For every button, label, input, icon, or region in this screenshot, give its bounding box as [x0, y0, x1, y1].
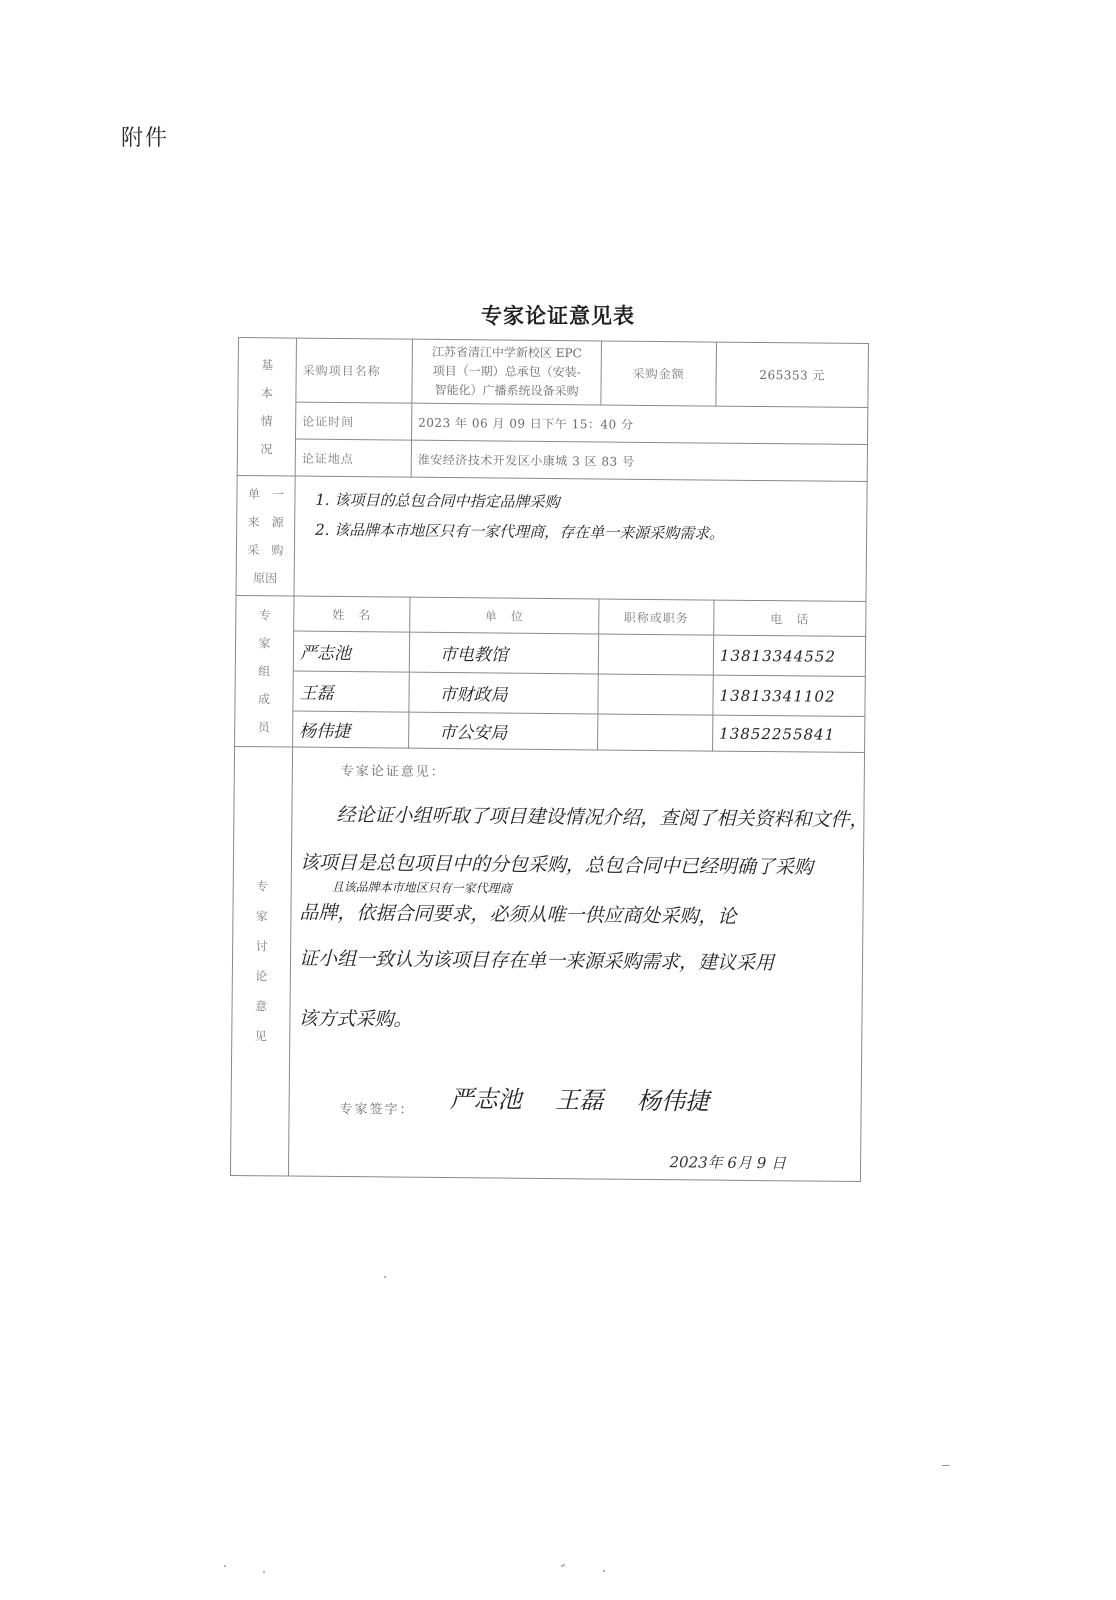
signature: 杨伟捷 [637, 1087, 709, 1116]
header-phone: 电 话 [714, 600, 866, 636]
signature-label: 专家签字： [340, 1098, 415, 1118]
member-unit: 市电教馆 [409, 632, 598, 674]
member-title [598, 714, 713, 751]
expert-group-section-label: 专 家 组 成 员 [235, 595, 294, 747]
expert-opinion-form: 基 本 情 况 采购项目名称 江苏省清江中学新校区 EPC 项目（一期）总承包（… [230, 337, 868, 1182]
opinion-heading: 专家论证意见： [341, 760, 446, 780]
opinion-line: 该方式采购。 [298, 1004, 853, 1036]
time-value: 2023 年 06 月 09 日下午 15：40 分 [412, 403, 868, 444]
opinion-line: 证小组一致认为该项目存在单一来源采购需求，建议采用 [299, 944, 854, 976]
project-name-label: 采购项目名称 [296, 338, 413, 403]
form-title: 专家论证意见表 [0, 300, 1116, 330]
member-name: 严志池 [293, 631, 409, 672]
expert-opinion-body: 专家论证意见： 经论证小组听取了项目建设情况介绍，查阅了相关资料和文件， 该项目… [288, 747, 864, 1181]
member-phone: 13852255841 [713, 715, 865, 752]
member-title [598, 634, 713, 675]
attachment-label: 附件 [121, 121, 169, 152]
header-title: 职称或职务 [599, 599, 714, 635]
scan-speck [384, 1276, 386, 1278]
scan-speck [263, 1571, 265, 1573]
table-row: 王磊 市财政局 13813341102 [235, 670, 865, 716]
member-phone: 13813344552 [713, 635, 865, 676]
single-source-section-label: 单 一 来 源 采 购 原因 [236, 475, 295, 596]
amount-label: 采购金额 [601, 341, 717, 406]
table-row: 严志池 市电教馆 13813344552 [235, 630, 865, 676]
place-value: 淮安经济技术开发区小康城 3 区 83 号 [411, 440, 867, 481]
opinion-line: 品牌，依据合同要求，必须从唯一供应商处采购，论 [299, 898, 854, 930]
amount-value: 265353 元 [716, 342, 869, 407]
time-label: 论证时间 [296, 402, 412, 440]
expert-signatures: 严志池 王磊 杨伟捷 [450, 1079, 710, 1116]
single-source-reason: 1. 该项目的总包合同中指定品牌采购 2. 该品牌本市地区只有一家代理商，存在单… [294, 476, 867, 601]
member-title [598, 674, 713, 715]
opinion-line: 该项目是总包项目中的分包采购，总包合同中已经明确了采购 [300, 848, 855, 880]
scan-speck [942, 1465, 950, 1466]
basic-info-section-label: 基 本 情 况 [237, 338, 296, 477]
signature: 严志池 [450, 1085, 522, 1114]
place-label: 论证地点 [295, 439, 411, 477]
project-name-value: 江苏省清江中学新校区 EPC 项目（一期）总承包（安装- 智能化）广播系统设备采… [412, 339, 602, 405]
scan-speck [563, 1564, 565, 1566]
member-unit: 市财政局 [409, 672, 598, 714]
table-row: 杨伟捷 市公安局 13852255841 [235, 710, 865, 752]
opinion-insertion: 且该品牌本市地区只有一家代理商 [332, 878, 512, 897]
signature-date: 2023年 6月 9 日 [669, 1151, 786, 1173]
member-unit: 市公安局 [409, 712, 598, 750]
member-phone: 13813341102 [713, 675, 865, 716]
member-name: 杨伟捷 [293, 711, 409, 748]
reason-line: 2. 该品牌本市地区只有一家代理商，存在单一来源采购需求。 [301, 515, 860, 550]
expert-opinion-section-label: 专 家 讨 论 意 见 [230, 746, 292, 1176]
member-name: 王磊 [293, 671, 409, 712]
header-unit: 单 位 [410, 597, 599, 634]
header-name: 姓 名 [294, 596, 410, 632]
opinion-line: 经论证小组听取了项目建设情况介绍，查阅了相关资料和文件， [336, 800, 855, 832]
scan-speck [603, 1570, 605, 1572]
signature: 王磊 [555, 1086, 603, 1114]
scan-speck [224, 1565, 226, 1567]
